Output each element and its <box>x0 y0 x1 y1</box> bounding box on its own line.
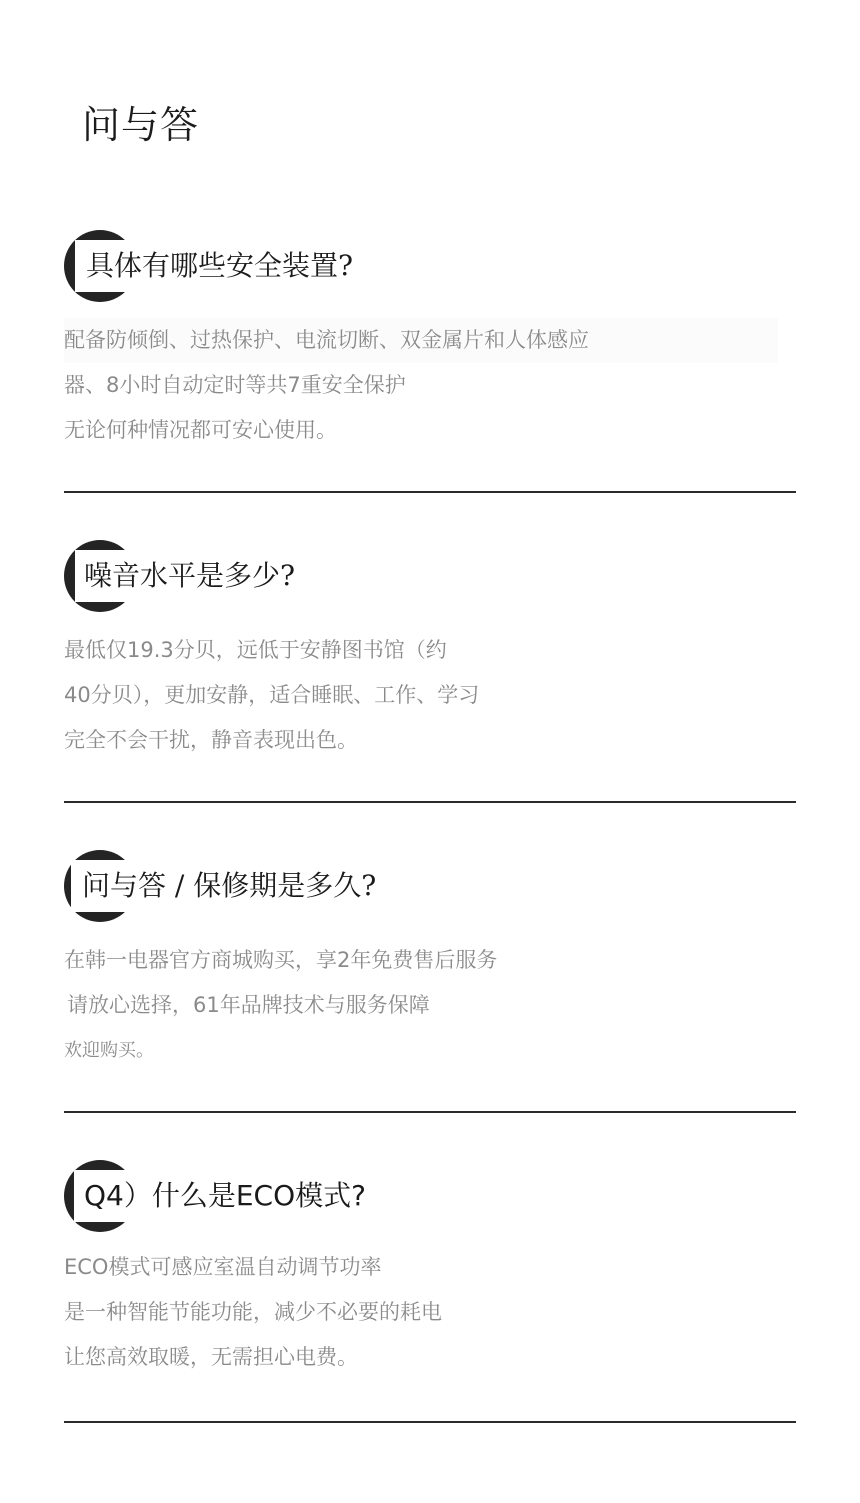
answer-line: 在韩一电器官方商城购买，享2年免费售后服务 <box>64 938 784 983</box>
divider <box>64 1111 796 1113</box>
answer-body: 最低仅19.3分贝，远低于安静图书馆（约 40分贝），更加安静，适合睡眠、工作、… <box>64 628 784 763</box>
question-title: 噪音水平是多少? <box>84 552 295 600</box>
qa-item-eco: Q4）什么是ECO模式? ECO模式可感应室温自动调节功率 是一种智能节能功能，… <box>64 1160 796 1470</box>
question-header: Q4）什么是ECO模式? <box>64 1160 764 1232</box>
answer-line: 让您高效取暖，无需担心电费。 <box>64 1335 784 1380</box>
qa-item-warranty: 问与答 / 保修期是多久? 在韩一电器官方商城购买，享2年免费售后服务 请放心选… <box>64 850 796 1160</box>
answer-line: 完全不会干扰，静音表现出色。 <box>64 718 784 763</box>
answer-line: 配备防倾倒、过热保护、电流切断、双金属片和人体感应 <box>64 318 778 363</box>
question-header: 噪音水平是多少? <box>64 540 764 612</box>
question-title: Q4）什么是ECO模式? <box>84 1172 366 1220</box>
question-title: 问与答 / 保修期是多久? <box>82 862 376 910</box>
question-header: 问与答 / 保修期是多久? <box>64 850 764 922</box>
answer-line: 无论何种情况都可安心使用。 <box>64 408 784 453</box>
answer-line: 最低仅19.3分贝，远低于安静图书馆（约 <box>64 628 784 673</box>
divider <box>64 491 796 493</box>
answer-body: 在韩一电器官方商城购买，享2年免费售后服务 请放心选择，61年品牌技术与服务保障… <box>64 938 784 1073</box>
answer-line: 器、8小时自动定时等共7重安全保护 <box>64 363 784 408</box>
qa-item-safety: 具体有哪些安全装置? 配备防倾倒、过热保护、电流切断、双金属片和人体感应 器、8… <box>64 230 796 540</box>
question-header: 具体有哪些安全装置? <box>64 230 764 302</box>
answer-line: ECO模式可感应室温自动调节功率 <box>64 1245 784 1290</box>
page-title: 问与答 <box>82 94 199 149</box>
answer-body: 配备防倾倒、过热保护、电流切断、双金属片和人体感应 器、8小时自动定时等共7重安… <box>64 318 784 453</box>
divider <box>64 1421 796 1423</box>
divider <box>64 801 796 803</box>
answer-line: 是一种智能节能功能，减少不必要的耗电 <box>64 1290 784 1335</box>
qa-item-noise: 噪音水平是多少? 最低仅19.3分贝，远低于安静图书馆（约 40分贝），更加安静… <box>64 540 796 850</box>
answer-line: 请放心选择，61年品牌技术与服务保障 <box>64 983 784 1028</box>
question-title: 具体有哪些安全装置? <box>86 242 353 290</box>
answer-line: 40分贝），更加安静，适合睡眠、工作、学习 <box>64 673 784 718</box>
answer-line: 欢迎购买。 <box>64 1028 784 1073</box>
answer-body: ECO模式可感应室温自动调节功率 是一种智能节能功能，减少不必要的耗电 让您高效… <box>64 1245 784 1380</box>
